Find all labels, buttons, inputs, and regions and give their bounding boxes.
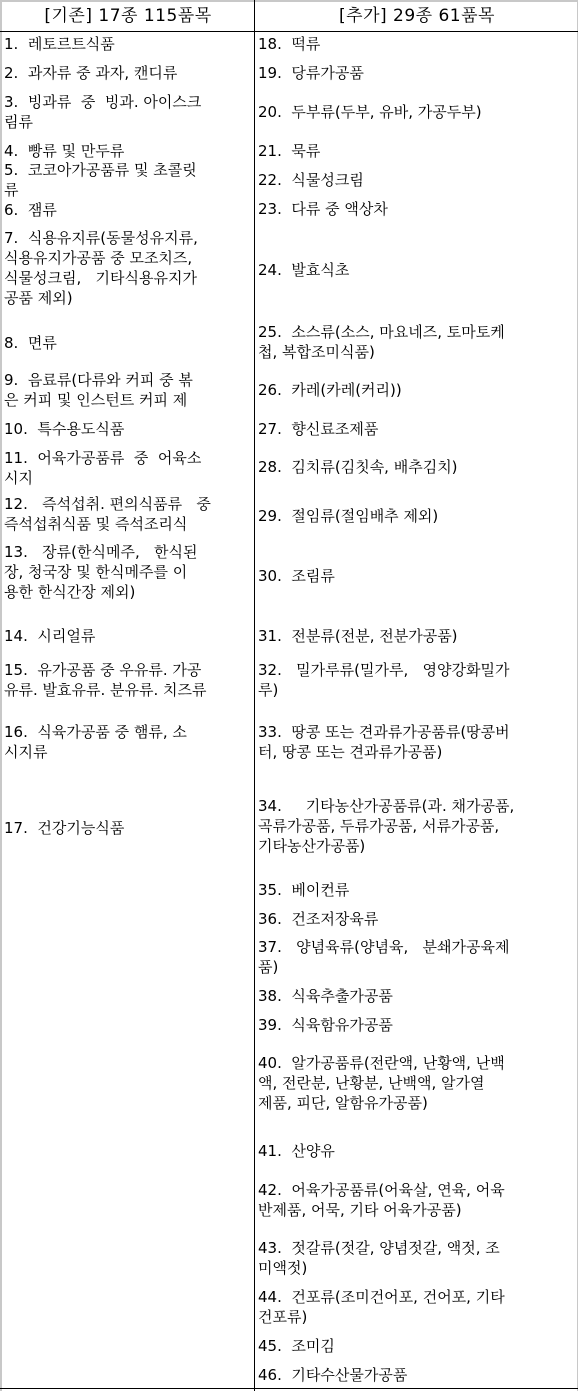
table-cell-item: 29. 절임류(절임배추 제외) [258, 506, 576, 526]
table-cell-item: 41. 산양유 [258, 1141, 576, 1161]
table-cell-item: 20. 두부류(두부, 유바, 가공두부) [258, 102, 576, 122]
table-cell-item: 33. 땅콩 또는 견과류가공품류(땅콩버 터, 땅콩 또는 견과류가공품) [258, 722, 576, 762]
table-cell-item: 11. 어육가공품류 중 어육소 시지 [4, 448, 252, 488]
table-cell-item: 19. 당류가공품 [258, 63, 576, 83]
header-divider [0, 31, 578, 32]
table-cell-item: 39. 식육함유가공품 [258, 1015, 576, 1035]
table-cell-item: 6. 잼류 [4, 200, 252, 220]
header-existing: [기존] 17종 115품목 [2, 2, 254, 30]
table-cell-item: 3. 빙과류 중 빙과. 아이스크 림류 [4, 92, 252, 132]
table-cell-item: 14. 시리얼류 [4, 626, 252, 646]
table-cell-item: 24. 발효식초 [258, 260, 576, 280]
table-cell-item: 8. 면류 [4, 333, 252, 353]
table-cell-item: 34. 기타농산가공품류(과. 채가공품, 곡류가공품, 두류가공품, 서류가공… [258, 796, 576, 856]
table-cell-item: 40. 알가공품류(전란액, 난황액, 난백 액, 전란분, 난황분, 난백액,… [258, 1053, 576, 1113]
table-cell-item: 1. 레토르트식품 [4, 34, 252, 54]
table-cell-item: 37. 양념육류(양념육, 분쇄가공육제 품) [258, 937, 576, 977]
table-cell-item: 46. 기타수산물가공품 [258, 1365, 576, 1385]
table-cell-item: 2. 과자류 중 과자, 캔디류 [4, 63, 252, 83]
table-cell-item: 44. 건포류(조미건어포, 건어포, 기타 건포류) [258, 1287, 576, 1327]
table-cell-item: 45. 조미김 [258, 1336, 576, 1356]
table-cell-item: 9. 음료류(다류와 커피 중 볶 은 커피 및 인스턴트 커피 제 [4, 370, 252, 410]
table-cell-item: 17. 건강기능식품 [4, 818, 252, 838]
table-cell-item: 31. 전분류(전분, 전분가공품) [258, 626, 576, 646]
table-cell-item: 22. 식물성크림 [258, 170, 576, 190]
table-cell-item: 5. 코코아가공품류 및 초콜릿 류 [4, 160, 252, 200]
table-cell-item: 4. 빵류 및 만두류 [4, 141, 252, 161]
table-cell-item: 36. 건조저장육류 [258, 909, 576, 929]
table-bottom-border [0, 1388, 578, 1389]
table-cell-item: 15. 유가공품 중 우유류. 가공 유류. 발효유류. 분유류. 치즈류 [4, 660, 252, 700]
table-cell-item: 42. 어육가공품류(어육살, 연육, 어육 반제품, 어묵, 기타 어육가공품… [258, 1180, 576, 1220]
table-cell-item: 18. 떡류 [258, 34, 576, 54]
table-cell-item: 35. 베이컨류 [258, 880, 576, 900]
table-cell-item: 13. 장류(한식메주, 한식된 장, 청국장 및 한식메주를 이 용한 한식간… [4, 542, 252, 602]
table-cell-item: 32. 밀가루류(밀가루, 영양강화밀가 루) [258, 660, 576, 700]
table-cell-item: 12. 즉석섭취. 편의식품류 중 즉석섭취식품 및 즉석조리식 [4, 494, 252, 534]
table-cell-item: 7. 식용유지류(동물성유지류, 식용유지가공품 중 모조치즈, 식물성크림, … [4, 228, 252, 308]
table-cell-item: 21. 묵류 [258, 141, 576, 161]
table-cell-item: 28. 김치류(김칫속, 배추김치) [258, 457, 576, 477]
table-cell-item: 30. 조림류 [258, 566, 576, 586]
table-cell-item: 43. 젓갈류(젓갈, 양념젓갈, 액젓, 조 미액젓) [258, 1238, 576, 1278]
table-cell-item: 23. 다류 중 액상차 [258, 199, 576, 219]
table-cell-item: 10. 특수용도식품 [4, 419, 252, 439]
table-cell-item: 25. 소스류(소스, 마요네즈, 토마토케 첩, 복합조미식품) [258, 322, 576, 362]
table-cell-item: 38. 식육추출가공품 [258, 986, 576, 1006]
table-cell-item: 27. 향신료조제품 [258, 419, 576, 439]
table-cell-item: 16. 식육가공품 중 햄류, 소 시지류 [4, 722, 252, 762]
column-divider [254, 0, 255, 1391]
header-added: [추가] 29종 61품목 [256, 2, 578, 30]
table-cell-item: 26. 카레(카레(커리)) [258, 380, 576, 400]
